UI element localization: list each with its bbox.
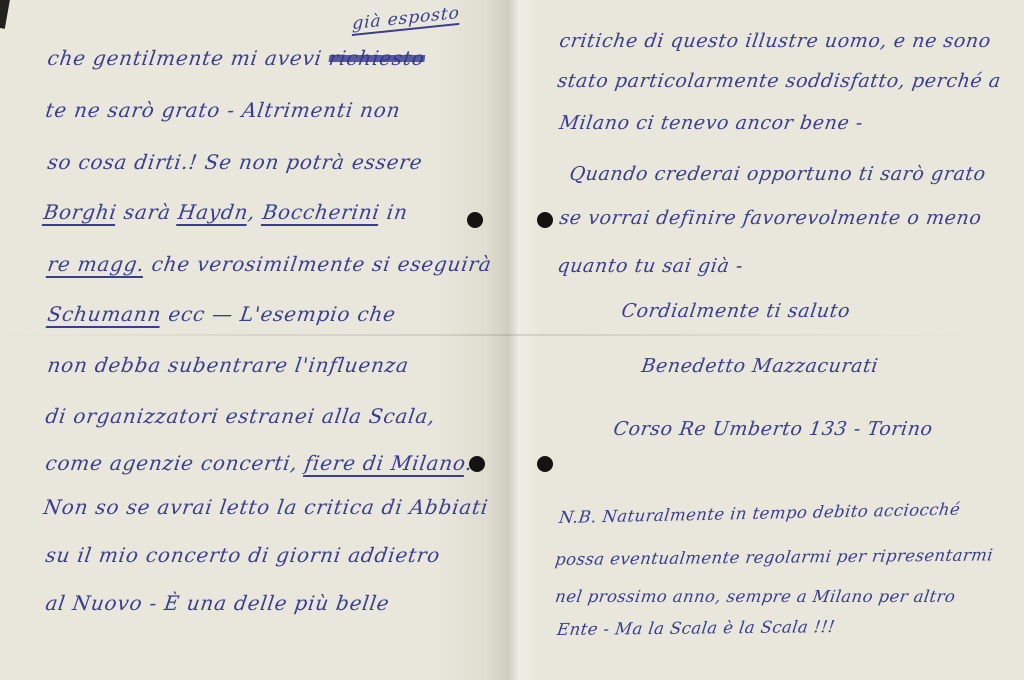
punch-hole — [537, 212, 553, 228]
handwriting-line: stato particolarmente soddisfatto, perch… — [556, 70, 1002, 92]
handwriting-line: Non so se avrai letto la critica di Abbi… — [42, 495, 490, 519]
handwriting-line: come agenzie concerti, fiere di Milano. — [44, 451, 475, 475]
ps-line: N.B. Naturalmente in tempo debito accioc… — [558, 500, 961, 527]
inserted-correction: già esposto — [352, 3, 460, 34]
page-left: già esposto che gentilmente mi avevi ric… — [40, 0, 488, 680]
handwriting-line: te ne sarò grato - Altrimenti non — [44, 98, 402, 122]
punch-hole — [537, 456, 553, 472]
page-right: critiche di questo illustre uomo, e ne s… — [552, 0, 1020, 680]
handwriting-line: su il mio concerto di giorni addietro — [44, 543, 442, 567]
handwriting-line: non debba subentrare l'influenza — [46, 353, 411, 377]
letter-scan: già esposto che gentilmente mi avevi ric… — [0, 0, 1024, 680]
handwriting-line: quanto tu sai già - — [556, 255, 745, 277]
handwriting-line: di organizzatori estranei alla Scala, — [44, 404, 437, 428]
handwriting-line: re magg. che verosimilmente si eseguirà — [46, 252, 493, 276]
handwriting-line: al Nuovo - È una delle più belle — [44, 591, 391, 615]
ps-line: nel prossimo anno, sempre a Milano per a… — [554, 587, 957, 606]
ps-line: Ente - Ma la Scala è la Scala !!! — [556, 617, 836, 639]
handwriting-line: Schumann ecc — L'esempio che — [46, 302, 398, 326]
closing-line: Cordialmente ti saluto — [620, 300, 852, 322]
handwriting-line: so cosa dirti.! Se non potrà essere — [46, 150, 424, 174]
handwriting-line: se vorrai definire favorevolmente o meno — [558, 207, 983, 229]
handwriting-line: che gentilmente mi avevi richiesto — [46, 46, 427, 70]
ps-line: possa eventualmente regolarmi per ripres… — [554, 545, 994, 569]
handwriting-line: Milano ci tenevo ancor bene - — [558, 112, 865, 134]
scan-corner-artifact — [0, 0, 11, 29]
handwriting-line: Borghi sarà Haydn, Boccherini in — [42, 200, 410, 224]
signature-name: Benedetto Mazzacurati — [640, 355, 880, 377]
handwriting-line: critiche di questo illustre uomo, e ne s… — [558, 30, 992, 52]
address-line: Corso Re Umberto 133 - Torino — [612, 418, 934, 440]
handwriting-line: Quando crederai opportuno ti sarò grato — [568, 163, 987, 185]
